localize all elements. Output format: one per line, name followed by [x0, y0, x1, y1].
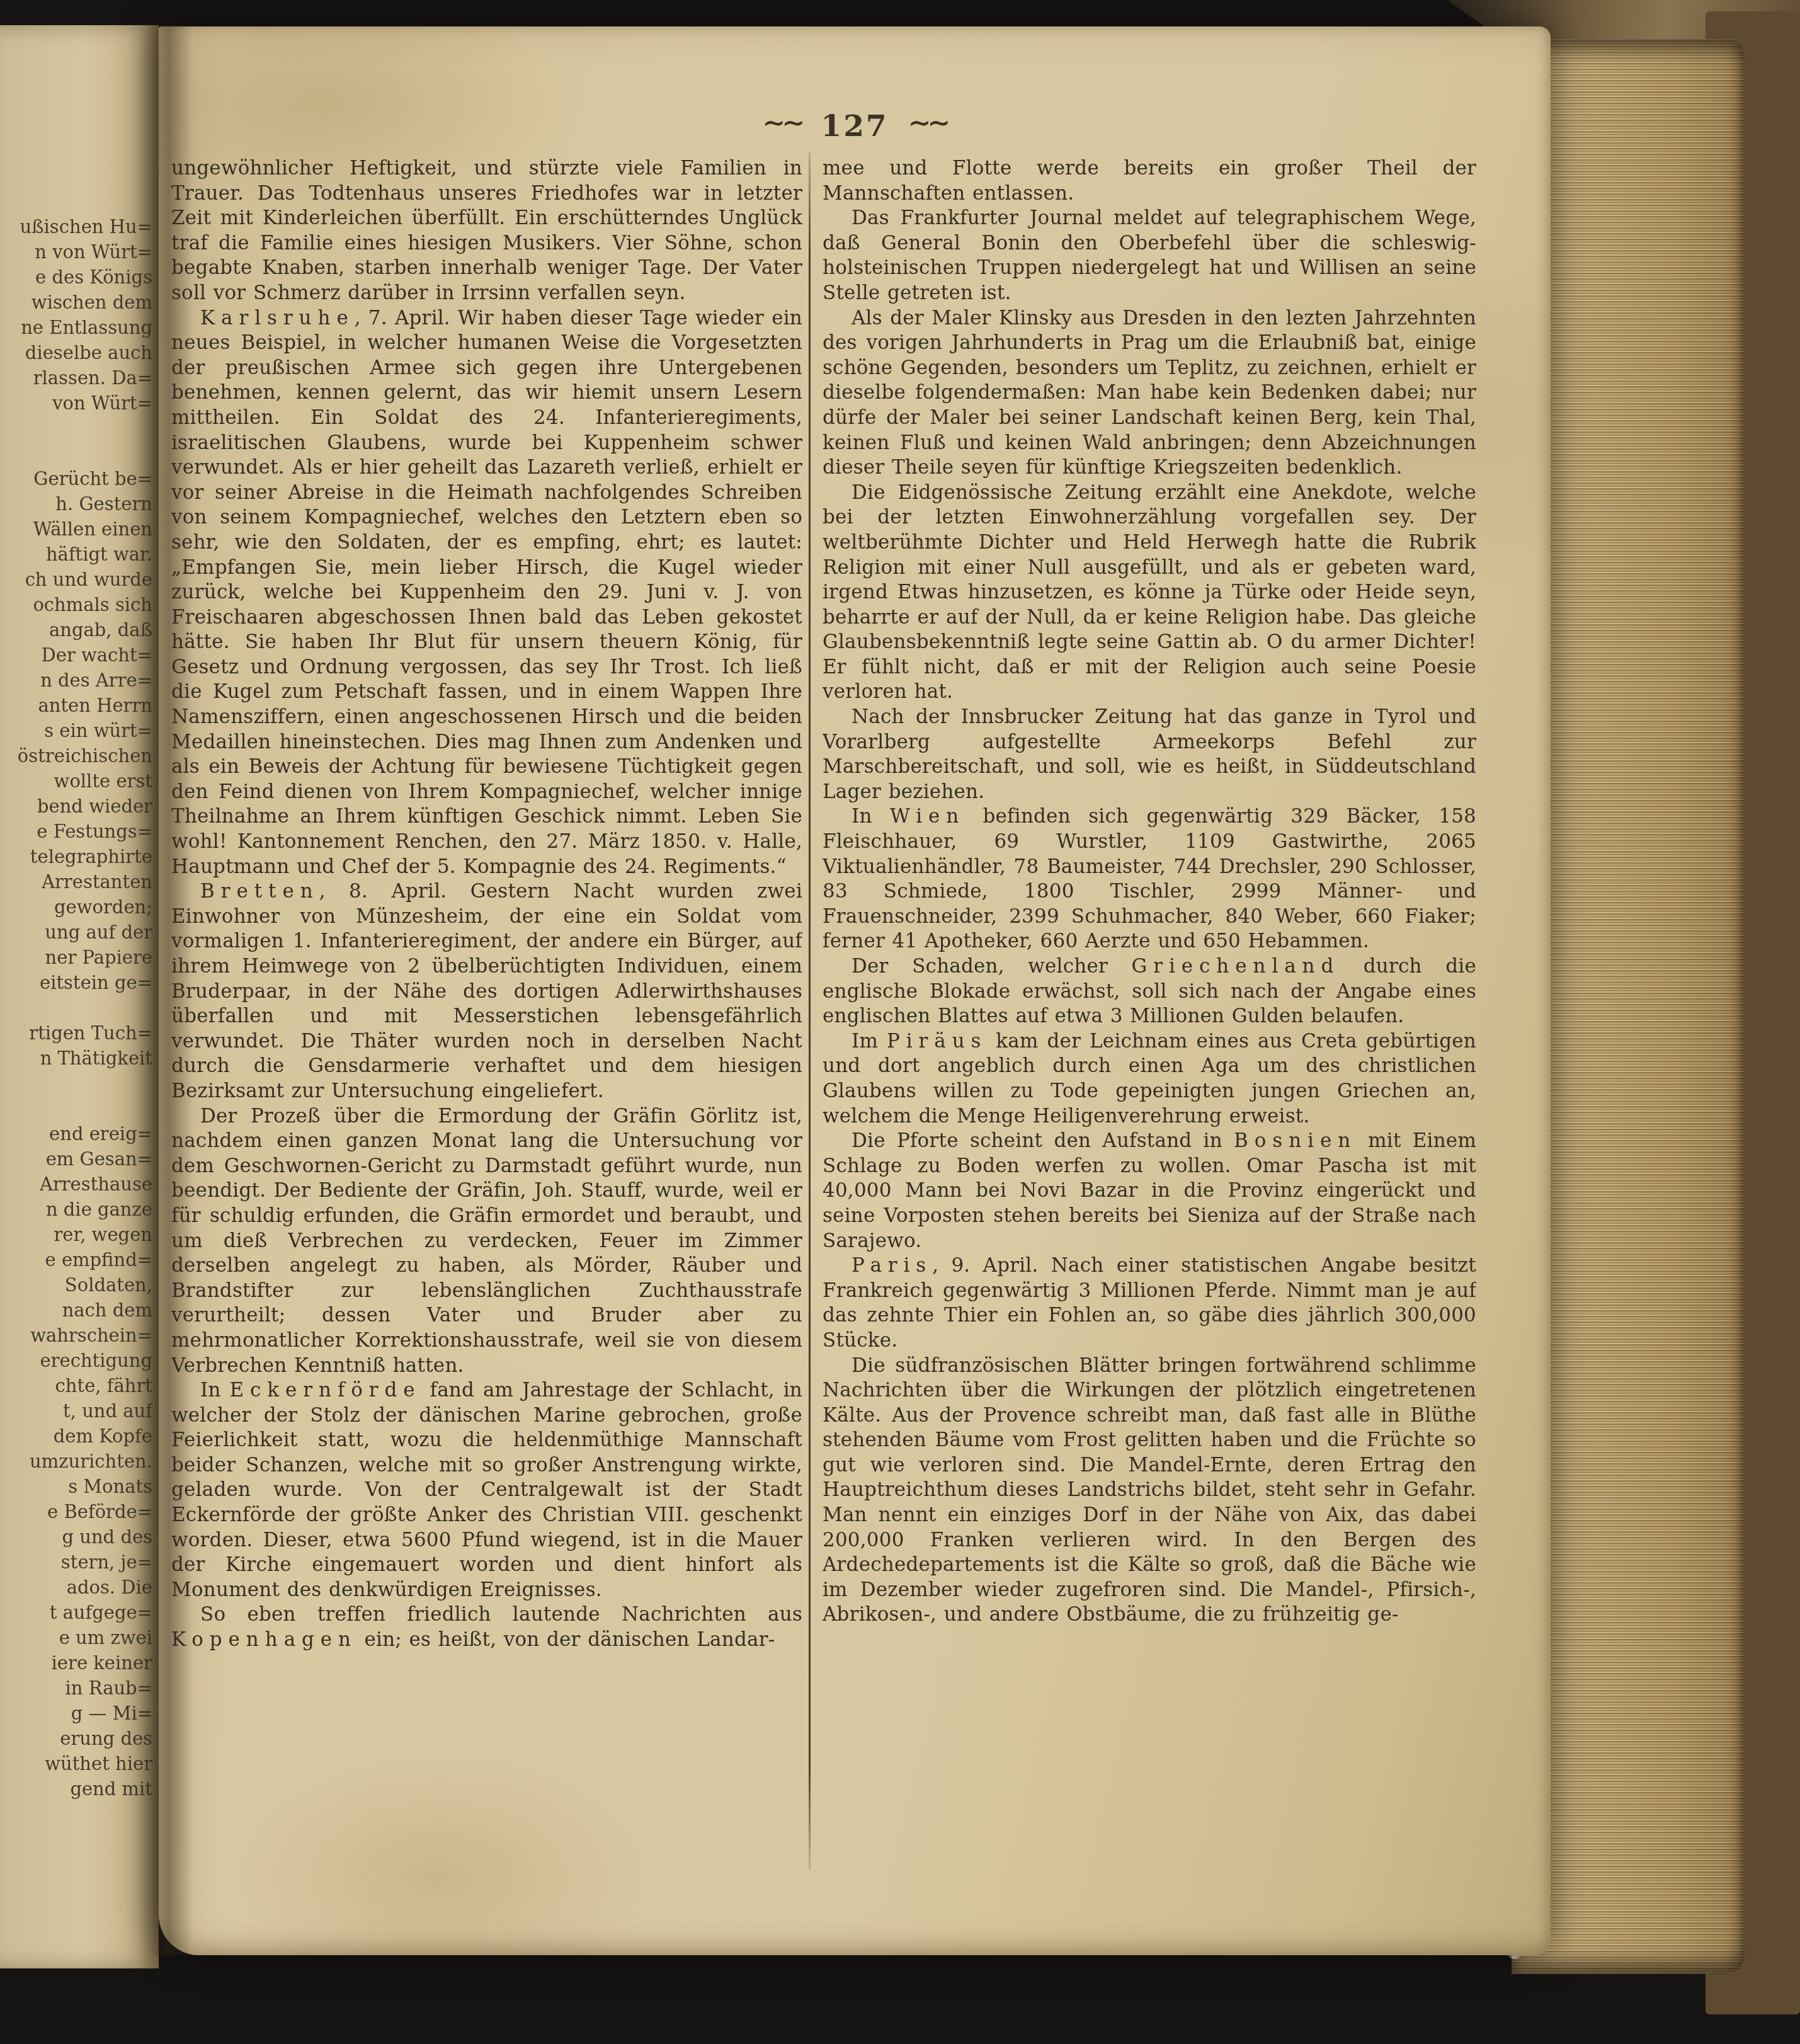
paragraph: Die Pforte scheint den Aufstand in Bosni… — [823, 1129, 1476, 1253]
fragment-line: Arrestanten — [0, 869, 152, 894]
paragraph: Die Eidgenössische Zeitung erzählt eine … — [823, 481, 1476, 705]
fragment-line: von Würt= — [0, 391, 152, 416]
fragment-gap — [0, 995, 152, 1020]
emphasized-place-name: Piräus — [887, 1030, 987, 1053]
fragment-line: n von Würt= — [0, 239, 152, 265]
fragment-line: e Beförde= — [0, 1499, 152, 1524]
fragment-line: ußischen Hu= — [0, 214, 152, 239]
fragment-line: ner Papiere — [0, 945, 152, 970]
fragment-line: t, und auf — [0, 1398, 152, 1424]
paragraph: Der Prozeß über die Ermordung der Gräfin… — [171, 1104, 802, 1379]
fragment-line: s ein würt= — [0, 718, 152, 743]
paragraph: In Eckernförde fand am Jahrestage der Sc… — [171, 1378, 802, 1602]
fragment-line: nach dem — [0, 1298, 152, 1323]
body-text: In — [852, 805, 890, 828]
paragraph: Karlsruhe, 7. April. Wir haben dieser Ta… — [171, 306, 802, 880]
fragment-line: chte, fährt — [0, 1373, 152, 1398]
header-ornament-right: ∼∼ — [892, 107, 964, 139]
paragraph: In Wien befinden sich gegenwärtig 329 Bä… — [823, 804, 1476, 954]
fragment-line: rer, wegen — [0, 1222, 152, 1247]
fragment-line: e empfind= — [0, 1247, 152, 1272]
fragment-line: n Thätigkeit — [0, 1046, 152, 1071]
body-text: ungewöhnlicher Heftigkeit, und stürzte v… — [171, 157, 802, 304]
fragment-line: end ereig= — [0, 1121, 152, 1146]
emphasized-place-name: Bosnien — [1234, 1129, 1357, 1152]
facing-page-text-fragments: ußischen Hu=n von Würt=e des Königswisch… — [0, 214, 152, 1801]
fragment-line: geworden; — [0, 894, 152, 920]
body-text: Die Pforte scheint den Aufstand in — [852, 1129, 1234, 1152]
fragment-line: h. Gestern — [0, 491, 152, 517]
emphasized-place-name: Karlsruhe — [200, 307, 355, 329]
fragment-line: e um zwei — [0, 1625, 152, 1650]
fragment-line: g und des — [0, 1524, 152, 1550]
fragment-gap — [0, 416, 152, 441]
header-ornament-left: ∼∼ — [746, 107, 818, 139]
fragment-line: erechtigung — [0, 1348, 152, 1373]
paragraph: Der Schaden, welcher Griechenland durch … — [823, 954, 1476, 1029]
fragment-line: telegraphirte — [0, 844, 152, 869]
emphasized-place-name: Griechenland — [1132, 955, 1340, 978]
left-text-column: ungewöhnlicher Heftigkeit, und stürzte v… — [171, 156, 802, 1895]
column-divider-rule — [809, 152, 811, 1870]
main-page: ∼∼ 127 ∼∼ ungewöhnlicher Heftigkeit, und… — [159, 26, 1551, 1955]
paragraph: Bretten, 8. April. Gestern Nacht wurden … — [171, 879, 802, 1104]
body-text: ein; es heißt, von der dänischen Landar- — [357, 1628, 775, 1651]
body-text: Nach der Innsbrucker Zeitung hat das gan… — [823, 705, 1476, 803]
fragment-line: n die ganze — [0, 1197, 152, 1222]
fragment-line: gend mit — [0, 1776, 152, 1801]
fragment-line: n des Arre= — [0, 668, 152, 693]
page-header: ∼∼ 127 ∼∼ — [159, 107, 1551, 144]
fragment-line: e Festungs= — [0, 819, 152, 844]
fragment-line: s Monats — [0, 1474, 152, 1499]
body-text: Die südfranzösischen Blätter bringen for… — [823, 1354, 1476, 1626]
emphasized-place-name: Bretten — [200, 880, 319, 903]
fragment-line: ados. Die — [0, 1575, 152, 1600]
right-text-column: mee und Flotte werde bereits ein großer … — [823, 156, 1476, 1895]
fragment-line: erung des — [0, 1726, 152, 1751]
fragment-line: ochmals sich — [0, 592, 152, 617]
fragment-line: wahrschein= — [0, 1323, 152, 1348]
gutter-shadow — [149, 25, 193, 1955]
fragment-gap — [0, 441, 152, 466]
emphasized-place-name: Kopenhagen — [171, 1628, 357, 1651]
fragment-line: häftigt war. — [0, 542, 152, 567]
fragment-line: Gerücht be= — [0, 466, 152, 491]
fragment-line: wischen dem — [0, 290, 152, 315]
fragment-line: Soldaten, — [0, 1272, 152, 1298]
body-text: , 7. April. Wir haben dieser Tage wieder… — [171, 307, 802, 878]
fragment-line: t aufgege= — [0, 1600, 152, 1625]
body-text: Als der Maler Klinsky aus Dresden in den… — [823, 307, 1476, 479]
fragment-line: ne Entlassung — [0, 315, 152, 340]
fragment-gap — [0, 1071, 152, 1096]
fragment-line: Der wacht= — [0, 642, 152, 668]
fragment-line: umzurichten. — [0, 1449, 152, 1474]
fragment-line: dieselbe auch — [0, 340, 152, 365]
body-text: mee und Flotte werde bereits ein großer … — [823, 157, 1476, 205]
body-text: Der Prozeß über die Ermordung der Gräfin… — [171, 1105, 802, 1377]
facing-page-sliver: ußischen Hu=n von Würt=e des Königswisch… — [0, 25, 159, 1968]
paragraph: Nach der Innsbrucker Zeitung hat das gan… — [823, 705, 1476, 804]
fragment-line: rtigen Tuch= — [0, 1020, 152, 1046]
book-scan-scene: ußischen Hu=n von Würt=e des Königswisch… — [0, 0, 1800, 2044]
fragment-line: bend wieder — [0, 794, 152, 819]
fragment-line: stern, je= — [0, 1550, 152, 1575]
paragraph: So eben treffen friedlich lautende Nachr… — [171, 1602, 802, 1652]
body-text: In — [200, 1379, 229, 1402]
fragment-line: östreichischen — [0, 743, 152, 768]
fragment-line: rlassen. Da= — [0, 365, 152, 391]
fragment-line: wollte erst — [0, 768, 152, 794]
fragment-line: in Raub= — [0, 1676, 152, 1701]
paragraph: Im Piräus kam der Leichnam eines aus Cre… — [823, 1029, 1476, 1129]
body-text: Im — [852, 1030, 887, 1053]
fragment-line: Wällen einen — [0, 517, 152, 542]
paragraph: Als der Maler Klinsky aus Dresden in den… — [823, 306, 1476, 481]
body-text: fand am Jahrestage der Schlacht, in welc… — [171, 1379, 802, 1601]
body-text: Die Eidgenössische Zeitung erzählt eine … — [823, 481, 1476, 704]
fragment-line: eitstein ge= — [0, 970, 152, 995]
fragment-line: em Gesan= — [0, 1146, 152, 1172]
body-text: Das Frankfurter Journal meldet auf teleg… — [823, 207, 1476, 304]
fragment-line: dem Kopfe — [0, 1424, 152, 1449]
fragment-gap — [0, 1096, 152, 1121]
paragraph: Paris, 9. April. Nach einer statistische… — [823, 1253, 1476, 1353]
emphasized-place-name: Eckernförde — [229, 1379, 421, 1402]
fragment-line: iere keiner — [0, 1650, 152, 1676]
page-number: 127 — [821, 109, 888, 144]
paragraph: Das Frankfurter Journal meldet auf teleg… — [823, 206, 1476, 305]
paragraph: ungewöhnlicher Heftigkeit, und stürzte v… — [171, 156, 802, 306]
fragment-line: Arresthause — [0, 1172, 152, 1197]
fragment-line: angab, daß — [0, 617, 152, 642]
paragraph: Die südfranzösischen Blätter bringen for… — [823, 1354, 1476, 1628]
fragment-line: wüthet hier — [0, 1751, 152, 1776]
fragment-line: e des Königs — [0, 265, 152, 290]
emphasized-place-name: Wien — [890, 805, 965, 828]
body-text: So eben treffen friedlich lautende Nachr… — [200, 1603, 802, 1626]
body-text: Der Schaden, welcher — [852, 955, 1132, 978]
fragment-line: ch und wurde — [0, 567, 152, 592]
paragraph: mee und Flotte werde bereits ein großer … — [823, 156, 1476, 206]
fragment-line: anten Herrn — [0, 693, 152, 718]
emphasized-place-name: Paris — [852, 1254, 932, 1277]
fragment-line: g — Mi= — [0, 1701, 152, 1726]
fragment-line: ung auf der — [0, 920, 152, 945]
body-text: , 8. April. Gestern Nacht wurden zwei Ei… — [171, 880, 802, 1102]
